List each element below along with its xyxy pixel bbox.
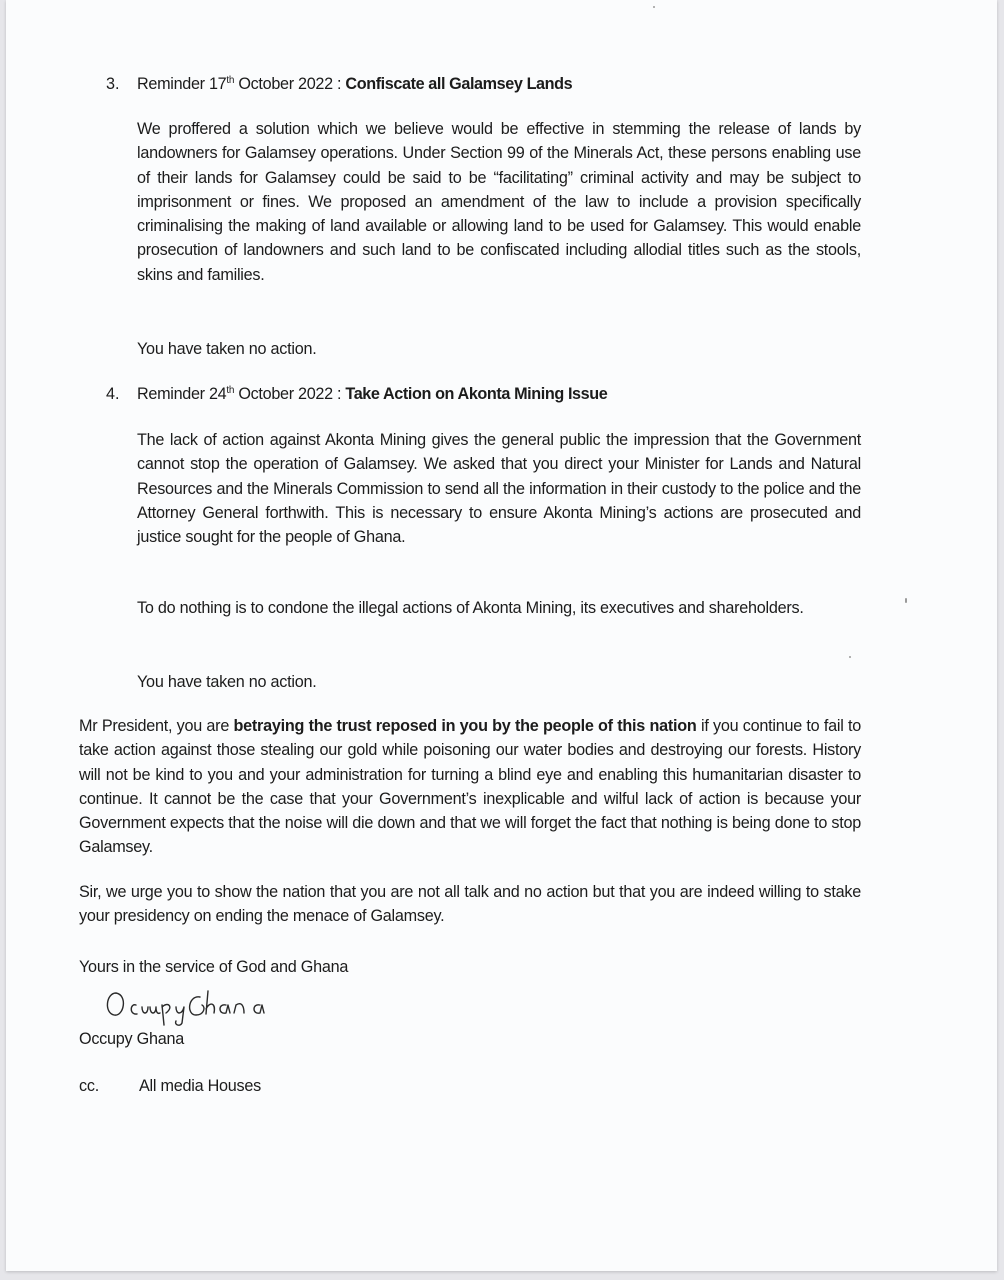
- item-heading: Reminder 17th October 2022 : Confiscate …: [137, 72, 572, 96]
- item-number: 3.: [106, 72, 120, 96]
- closing-text: Mr President, you are: [79, 717, 234, 735]
- item-status: You have taken no action.: [137, 670, 316, 694]
- letter-page: 3. Reminder 17th October 2022 : Confisca…: [6, 0, 997, 1271]
- item-body: We proffered a solution which we believe…: [137, 117, 861, 287]
- heading-date: Reminder 24: [137, 385, 226, 403]
- heading-date: Reminder 17: [137, 75, 226, 93]
- scan-speck: [905, 598, 907, 603]
- item-number: 4.: [106, 382, 120, 406]
- item-status: You have taken no action.: [137, 337, 316, 361]
- closing-text: if you continue to fail to take action a…: [79, 717, 861, 856]
- signature: [102, 985, 322, 1027]
- heading-date-suffix: th: [226, 385, 234, 396]
- cc-recipients: All media Houses: [139, 1074, 261, 1098]
- heading-date-rest: October 2022 :: [234, 75, 345, 93]
- item-body-2: To do nothing is to condone the illegal …: [137, 596, 861, 620]
- signatory-name: Occupy Ghana: [79, 1027, 184, 1051]
- heading-date-rest: October 2022 :: [234, 385, 345, 403]
- urge-paragraph: Sir, we urge you to show the nation that…: [79, 880, 861, 929]
- closing-paragraph: Mr President, you are betraying the trus…: [79, 714, 861, 860]
- cc-label: cc.: [79, 1074, 99, 1098]
- heading-date-suffix: th: [226, 75, 234, 86]
- valediction: Yours in the service of God and Ghana: [79, 955, 348, 979]
- scan-speck: [653, 6, 655, 8]
- heading-title: Confiscate all Galamsey Lands: [345, 75, 572, 93]
- closing-emphasis: betraying the trust reposed in you by th…: [234, 717, 697, 735]
- item-heading: Reminder 24th October 2022 : Take Action…: [137, 382, 607, 406]
- heading-title: Take Action on Akonta Mining Issue: [345, 385, 607, 403]
- scan-speck: [849, 656, 851, 658]
- item-body: The lack of action against Akonta Mining…: [137, 428, 861, 549]
